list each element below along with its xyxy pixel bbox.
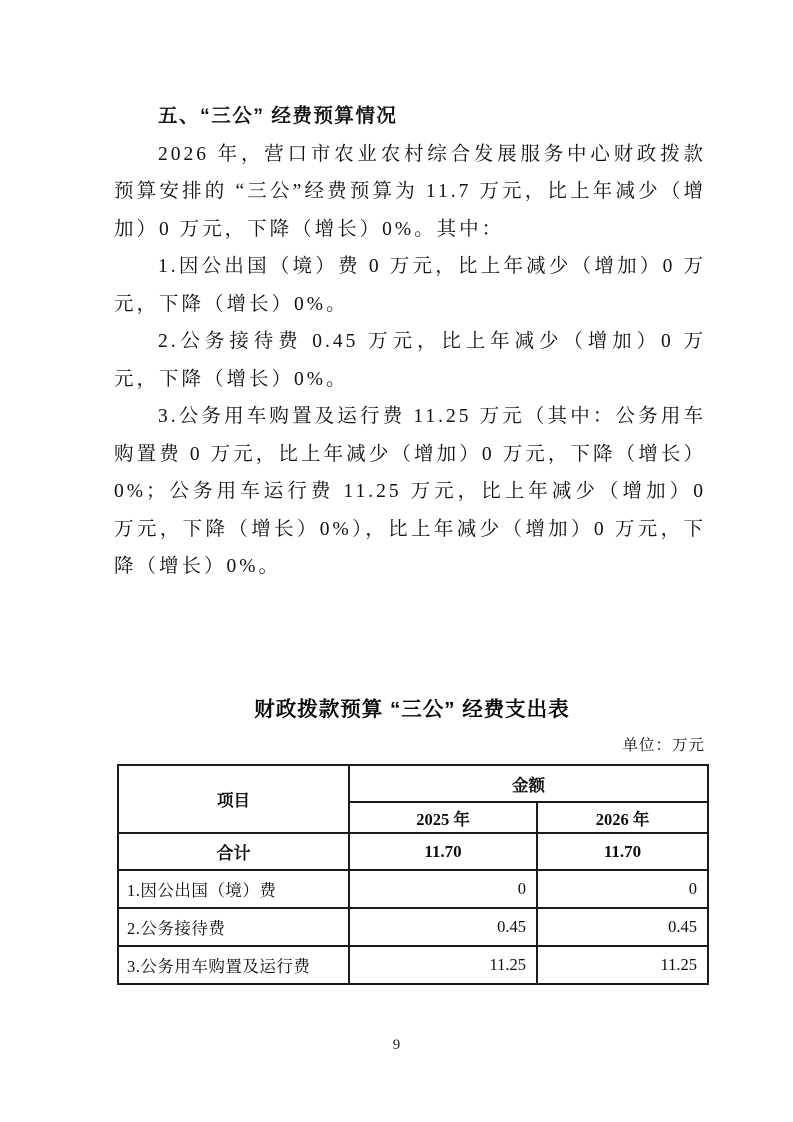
document-body: 五、“三公” 经费预算情况 2026 年，营口市农业农村综合发展服务中心财政拨款… [114, 98, 706, 586]
paragraph-summary: 2026 年，营口市农业农村综合发展服务中心财政拨款预算安排的 “三公”经费预算… [114, 136, 706, 249]
col-header-2025: 2025 年 [349, 802, 537, 833]
total-label: 合计 [118, 833, 349, 870]
table-row-reception: 2.公务接待费 0.45 0.45 [118, 908, 708, 946]
paragraph-abroad-fee: 1.因公出国（境）费 0 万元，比上年减少（增加）0 万元，下降（增长）0%。 [114, 248, 706, 323]
row-vehicle-value-2025: 11.25 [349, 946, 537, 984]
paragraph-vehicle-fee: 3.公务用车购置及运行费 11.25 万元（其中：公务用车购置费 0 万元，比上… [114, 398, 706, 586]
row-abroad-value-2025: 0 [349, 870, 537, 908]
col-header-amount-group: 金额 [349, 765, 708, 802]
document-page: 五、“三公” 经费预算情况 2026 年，营口市农业农村综合发展服务中心财政拨款… [0, 0, 793, 1122]
row-reception-value-2026: 0.45 [537, 908, 708, 946]
row-reception-label: 2.公务接待费 [118, 908, 349, 946]
table-row-total: 合计 11.70 11.70 [118, 833, 708, 870]
page-number: 9 [0, 1036, 793, 1054]
row-vehicle-label: 3.公务用车购置及运行费 [118, 946, 349, 984]
section-heading: 五、“三公” 经费预算情况 [114, 98, 706, 136]
col-header-item: 项目 [118, 765, 349, 833]
row-reception-value-2025: 0.45 [349, 908, 537, 946]
paragraph-reception-fee: 2.公务接待费 0.45 万元，比上年减少（增加）0 万元，下降（增长）0%。 [114, 323, 706, 398]
table-header-row-1: 项目 金额 [118, 765, 708, 802]
table-title: 财政拨款预算 “三公” 经费支出表 [117, 696, 707, 724]
total-value-2026: 11.70 [537, 833, 708, 870]
table-row-vehicle: 3.公务用车购置及运行费 11.25 11.25 [118, 946, 708, 984]
col-header-2026: 2026 年 [537, 802, 708, 833]
table-row-abroad: 1.因公出国（境）费 0 0 [118, 870, 708, 908]
row-vehicle-value-2026: 11.25 [537, 946, 708, 984]
row-abroad-label: 1.因公出国（境）费 [118, 870, 349, 908]
row-abroad-value-2026: 0 [537, 870, 708, 908]
total-value-2025: 11.70 [349, 833, 537, 870]
unit-label: 单位：万元 [117, 736, 705, 756]
budget-table: 项目 金额 2025 年 2026 年 合计 11.70 11.70 1.因公出… [117, 764, 709, 985]
